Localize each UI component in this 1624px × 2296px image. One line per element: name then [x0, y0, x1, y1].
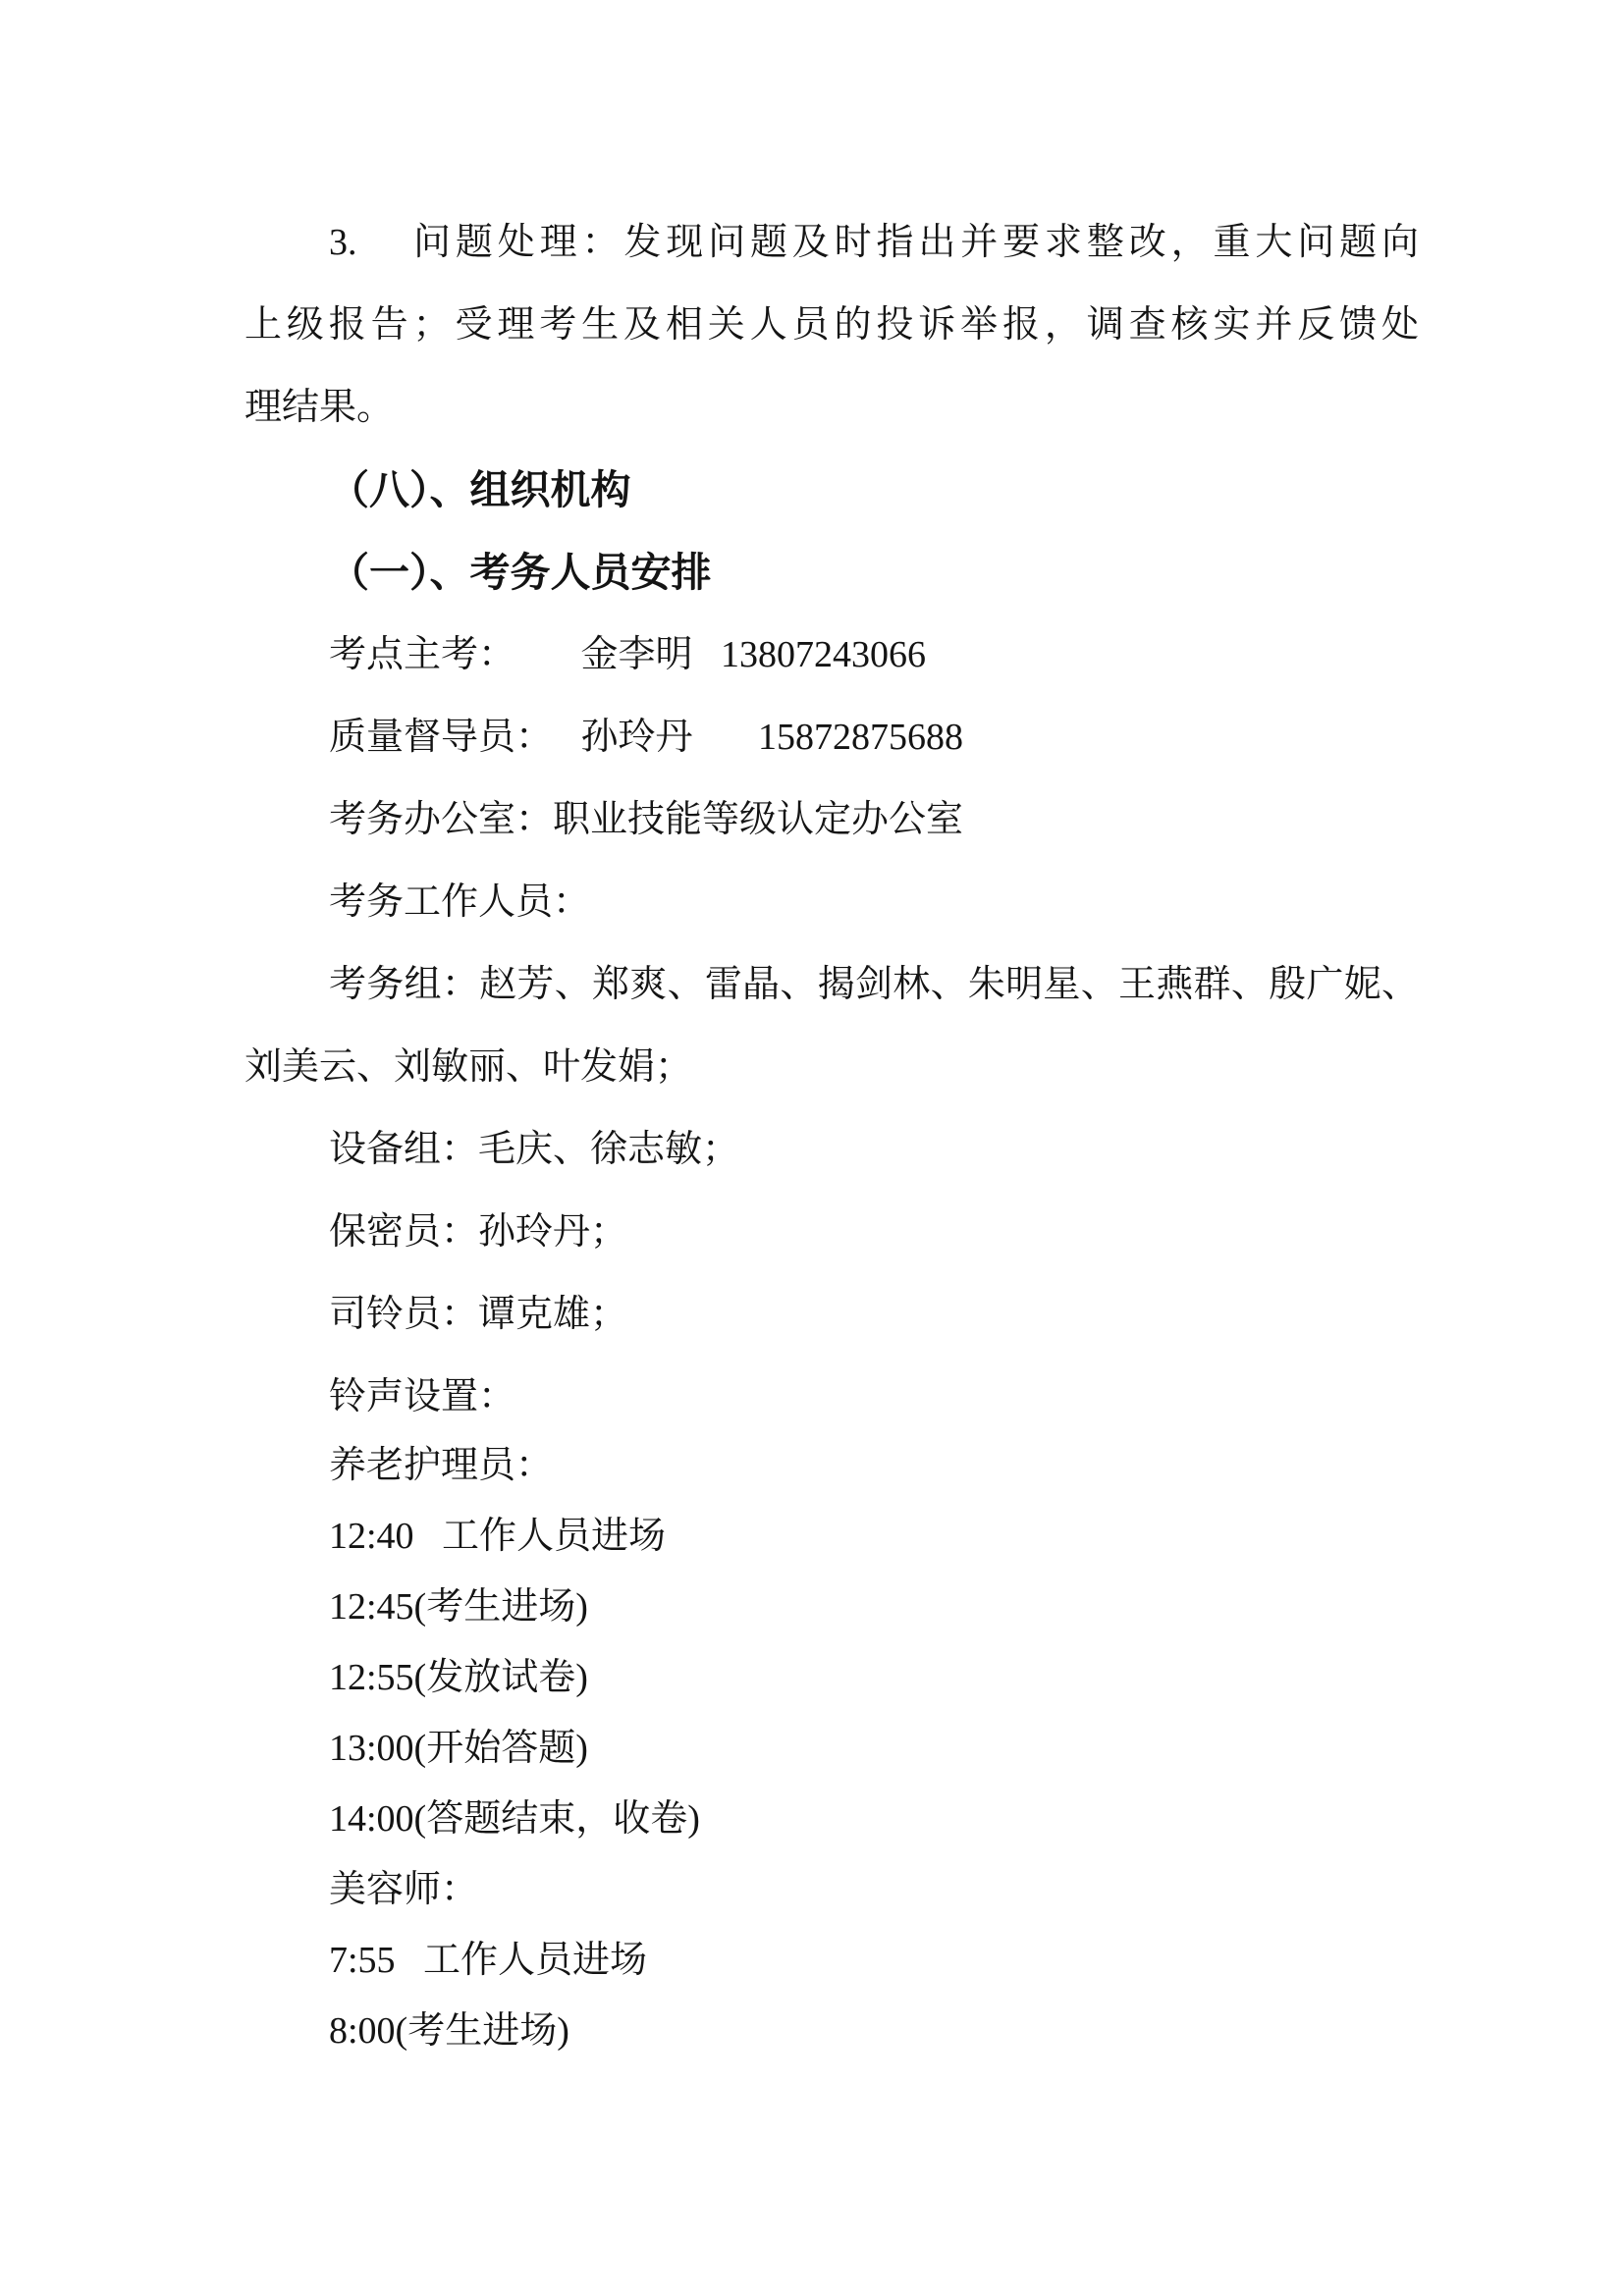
section-schedule: 养老护理员：12:40 工作人员进场12:45(考生进场)12:55(发放试卷)… — [244, 1430, 1419, 2066]
document-line: 8:00(考生进场) — [244, 1996, 1419, 2066]
document-line: 14:00(答题结束，收卷) — [244, 1784, 1419, 1854]
document-line: 上级报告；受理考生及相关人员的投诉举报，调查核实并反馈处 — [244, 284, 1419, 366]
document-line: 12:40 工作人员进场 — [244, 1501, 1419, 1572]
document-page: 3. 问题处理：发现问题及时指出并要求整改，重大问题向上级报告；受理考生及相关人… — [0, 0, 1624, 2296]
document-line: 12:45(考生进场) — [244, 1572, 1419, 1642]
document-line: 7:55 工作人员进场 — [244, 1925, 1419, 1996]
document-line: 刘美云、刘敏丽、叶发娟； — [244, 1026, 1419, 1108]
document-content: 3. 问题处理：发现问题及时指出并要求整改，重大问题向上级报告；受理考生及相关人… — [244, 201, 1419, 2066]
section-heading: （一）、考务人员安排 — [244, 531, 1419, 614]
document-line: 养老护理员： — [244, 1430, 1419, 1501]
document-line: 考点主考： 金李明 13807243066 — [244, 614, 1419, 696]
document-line: 考务组：赵芳、郑爽、雷晶、揭剑林、朱明星、王燕群、殷广妮、 — [244, 943, 1419, 1026]
document-line: 考务办公室：职业技能等级认定办公室 — [244, 778, 1419, 861]
document-line: 13:00(开始答题) — [244, 1713, 1419, 1784]
document-line: 设备组：毛庆、徐志敏； — [244, 1108, 1419, 1191]
section-body: 3. 问题处理：发现问题及时指出并要求整改，重大问题向上级报告；受理考生及相关人… — [244, 201, 1419, 1438]
document-line: 保密员：孙玲丹； — [244, 1191, 1419, 1273]
document-line: 12:55(发放试卷) — [244, 1642, 1419, 1713]
document-line: 理结果。 — [244, 366, 1419, 449]
document-line: 美容师： — [244, 1854, 1419, 1925]
document-line: 质量督导员： 孙玲丹 15872875688 — [244, 696, 1419, 778]
section-heading: （八）、组织机构 — [244, 449, 1419, 531]
document-line: 铃声设置： — [244, 1356, 1419, 1438]
document-line: 司铃员：谭克雄； — [244, 1273, 1419, 1356]
document-line: 考务工作人员： — [244, 861, 1419, 943]
document-line: 3. 问题处理：发现问题及时指出并要求整改，重大问题向 — [244, 201, 1419, 284]
